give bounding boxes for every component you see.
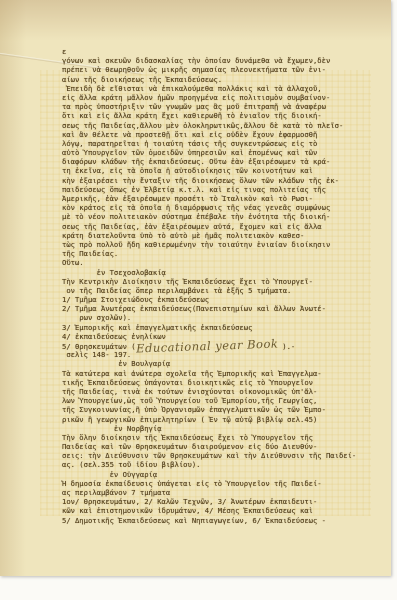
text-line: αὐτὸ Ὑπουργεῖον τῶν ὁμοειδῶν ὑπηρεσιῶν κ…: [62, 148, 362, 157]
text-line: τῆς Συγκοινωνίας,ἢ ὑπὸ Ὀργανισμῶν ἐπαγγε…: [62, 405, 362, 414]
text-line: σεις: τὴν Διεύθυνσιν τῶν Θρησκευμάτων κα…: [62, 451, 362, 460]
text-line: τη ἐκεῖνα, εἰς τὰ ὁποῖα ἡ αὐτοδιοίκησις …: [62, 166, 362, 175]
text-line: ον τῆς Παιδείας ὅπερ περιλαμβάνει τὰ ἑξῆ…: [62, 286, 362, 295]
document-page: εγόνων καὶ σκευῶν διδασκαλίας τὴν ὁποίαν…: [0, 0, 391, 576]
paper-left-shade: [0, 0, 26, 576]
text-line: γόνων καὶ σκευῶν διδασκαλίας τὴν ὁποίαν …: [62, 56, 362, 65]
section-heading-czechoslovakia: ἐν Τσεχοσλοβακίᾳ: [62, 268, 362, 277]
text-line: ρων σχολῶν).: [62, 313, 362, 322]
text-segment: ).-: [278, 342, 295, 351]
text-line: λων Ὑπουργείων,ὡς τοῦ Ὑπουργείου τοῦ Ἐμπ…: [62, 396, 362, 405]
text-line: κῶν καὶ ἐπιστημονικῶν ἱδρυμάτων, 4/ Μέση…: [62, 506, 362, 515]
text-line: κράτη διατελοῦντα ὑπὸ τὸ αὐτὸ μὲ ἡμᾶς πο…: [62, 231, 362, 240]
text-line: Ἀμερικῆς, ἐὰν ἐξαιρέσωμεν προσέτι τὸ Ἰτα…: [62, 194, 362, 203]
text-line: πρέπει νὰ θεωρηθοῦν ὡς μικρῆς σημασίας π…: [62, 65, 362, 74]
text-line: τῆς Παιδείας, τινὰ ἐκ τούτων ἐνισχύονται…: [62, 387, 362, 396]
typewritten-text: εγόνων καὶ σκευῶν διδασκαλίας τὴν ὁποίαν…: [62, 47, 362, 525]
section-heading-norway: ἐν Νορβηγίᾳ: [62, 424, 362, 433]
section-heading-bulgaria: ἐν Βουλγαρίᾳ: [62, 359, 362, 368]
text-line: 5/ Δημοτικῆς Ἐκπαιδεύσεως καὶ Νηπιαγωγεί…: [62, 516, 362, 525]
text-line: καὶ ἂν θέλετε νὰ προστεθῇ ὅτι καὶ εἰς οὐ…: [62, 130, 362, 139]
text-line: σεως τῆς Παιδείας,ἄλλου μὲν ὁλοκληρωτικῶ…: [62, 121, 362, 130]
text-line: Παιδείας καὶ τῶν Θρησκευμάτων διαιρούμεν…: [62, 442, 362, 451]
text-line: ας. (σελ.355 τοῦ ἰδίου βιβλίου).: [62, 460, 362, 469]
text-line: Ἡ δημοσία ἐκπαίδευσις ὑπάγεται εἰς τὸ Ὑπ…: [62, 479, 362, 488]
text-line: τὼς πρὸ πολλοῦ ἤδη καθιερωμένην τὴν τοια…: [62, 240, 362, 249]
text-line: 1/ Τμῆμα Στοιχειώδους ἐκπαιδεύσεως: [62, 295, 362, 304]
text-line: Ἐπειδὴ δὲ εἴθισται νὰ ἐπικαλούμεθα πολλά…: [62, 84, 362, 93]
text-line: τῆς Παιδείας.: [62, 249, 362, 258]
text-line: ὅτι καὶ εἰς ἄλλα κράτη ἔχει καθιερωθῆ τὸ…: [62, 111, 362, 120]
text-line: 2/ Τμῆμα Ἀνωτέρας ἐκπαιδεύσεως(Πανεπιστη…: [62, 304, 362, 313]
text-line: λόγῳ, παρατηρεῖται ἡ τοιαύτη τάσις τῆς σ…: [62, 139, 362, 148]
text-line: παιδεύσεως ὅπως ἐν Ἐλβετίᾳ κ.τ.λ. καὶ εἰ…: [62, 185, 362, 194]
text-line: κὴν ἐξαιρέσει τὴν ἔνταξιν τῆς διοικήσεως…: [62, 176, 362, 185]
text-line: κὸν κράτος εἰς τὰ ὁποῖα ἡ διαμόρφωσις τῆ…: [62, 203, 362, 212]
page-number: ε: [62, 47, 362, 56]
text-line: Τὴν Κεντρικὴν Διοίκησιν τῆς Ἐκπαιδεύσεως…: [62, 277, 362, 286]
text-line: διαφόρων κλάδων τῆς ἐκπαιδεύσεως. Οὕτω ἐ…: [62, 157, 362, 166]
text-line: Τὴν ὅλην διοίκησιν τῆς Ἐκπαιδεύσεως ἔχει…: [62, 433, 362, 442]
text-line: σεως τῆς Παιδείας, ἐὰν ἐξαιρέσωμεν αὐτά,…: [62, 222, 362, 231]
paper-top-shade: [0, 0, 391, 48]
text-line: τικῆς Ἐκπαιδεύσεως ὑπάγονται διοικητικῶς…: [62, 378, 362, 387]
text-line: τα πρὸς ὑποστήριξιν τῶν γνωμῶν μας ἂς μο…: [62, 102, 362, 111]
text-line: ρικῶν ἢ γεωργικῶν ἐπιμελητηρίων ( Ἐν τῷ …: [62, 415, 362, 424]
text-line: αίων τῆς διοικήσεως τῆς Ἐκπαιδεύσεως.: [62, 75, 362, 84]
text-line: μὲ τὸ νέον πολιτειακὸν σύστημα ἐπέβαλε τ…: [62, 212, 362, 221]
text-line: Οὕτω.: [62, 258, 362, 267]
text-line: 3/ Ἐμπορικῆς καὶ ἐπαγγελματικῆς ἐκπαιδεύ…: [62, 323, 362, 332]
text-line: 1ον/ Θρησκευμάτων, 2/ Καλῶν Τεχνῶν, 3/ Ἀ…: [62, 497, 362, 506]
text-line: ας περιλαμβάνον 7 τμήματα: [62, 488, 362, 497]
section-heading-hungary: ἐν Οὑγγαρίᾳ: [62, 470, 362, 479]
line-with-handwriting: 5/ Θρησκευμάτων (Educational year Book )…: [62, 341, 362, 350]
text-line: Τὰ κατώτερα καὶ ἀνώτερα σχολεῖα τῆς Ἐμπο…: [62, 369, 362, 378]
text-line: εἰς ἄλλα κράτη μᾶλλον ἡμῶν προηγμένα εἰς…: [62, 93, 362, 102]
